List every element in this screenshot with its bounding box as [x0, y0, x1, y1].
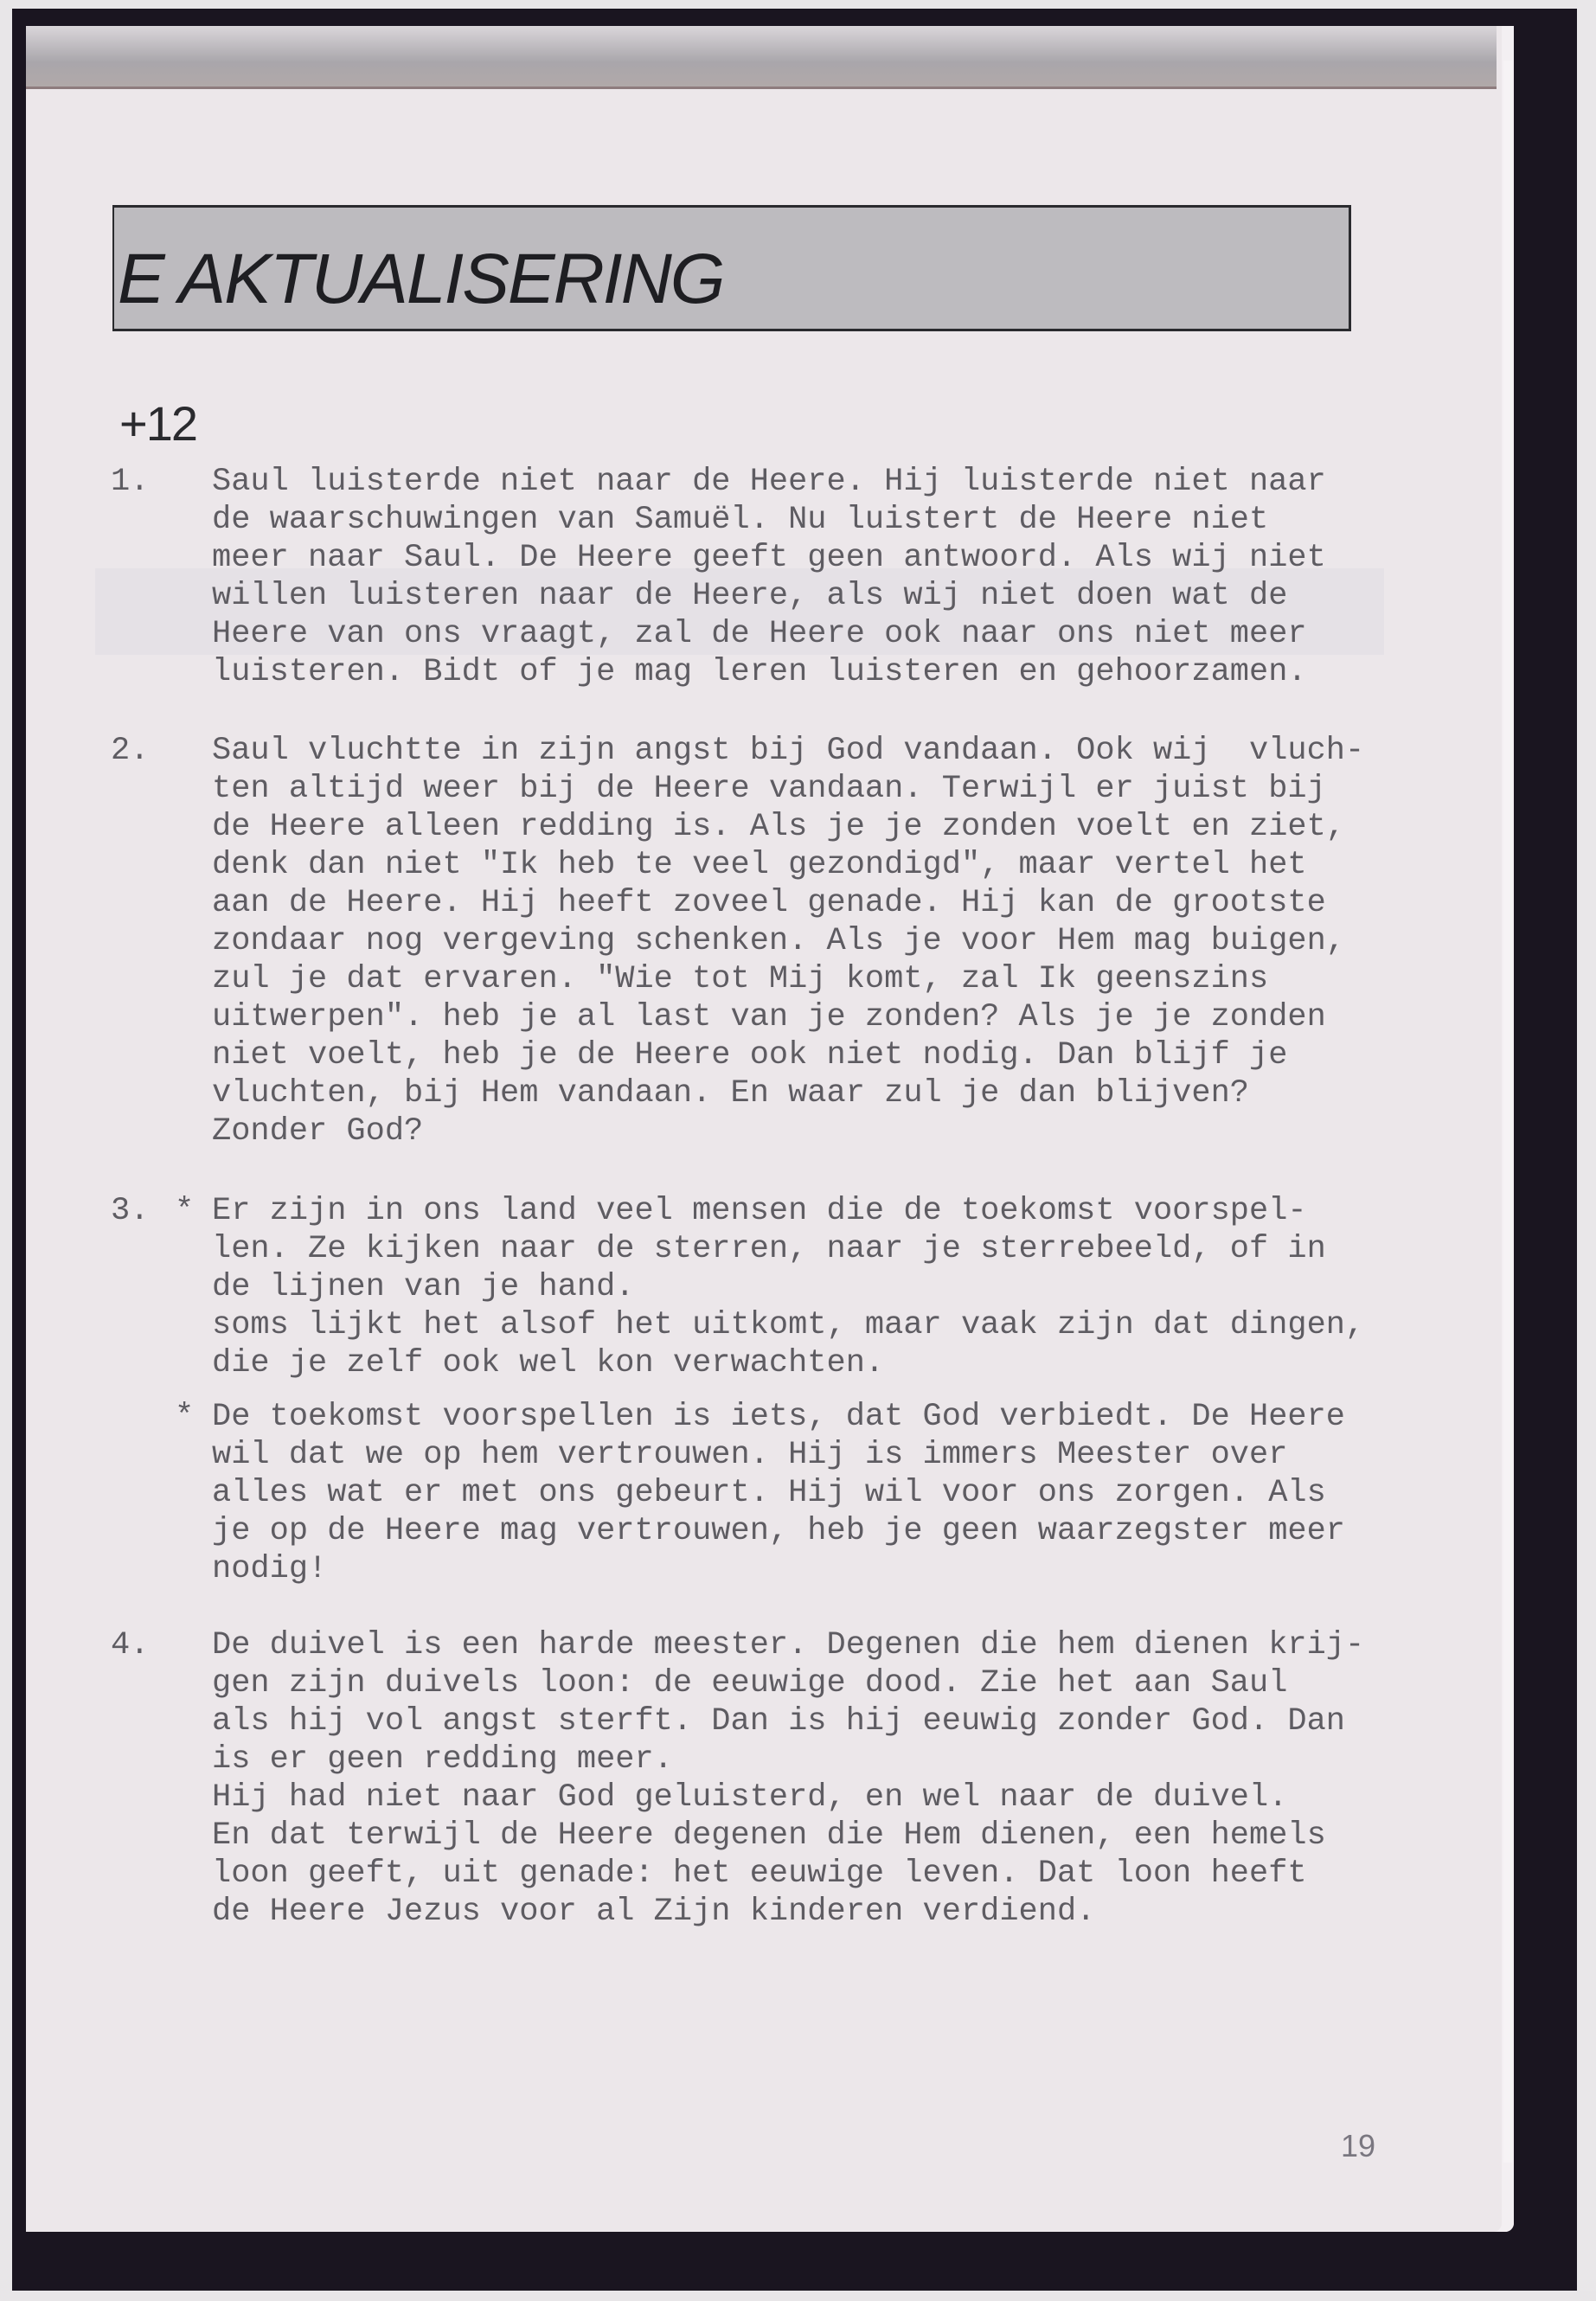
page-right-edge [1503, 61, 1512, 2163]
item-number: 4. [111, 1626, 149, 1664]
text-line: willen luisteren naar de Heere, als wij … [212, 577, 1326, 615]
text-line: De toekomst voorspellen is iets, dat God… [212, 1398, 1345, 1436]
item-text: Er zijn in ons land veel mensen die de t… [212, 1192, 1364, 1382]
text-line: loon geeft, uit genade: het eeuwige leve… [212, 1855, 1364, 1893]
text-line: die je zelf ook wel kon verwachten. [212, 1344, 1364, 1382]
text-line: denk dan niet "Ik heb te veel gezondigd"… [212, 846, 1364, 884]
text-line: Saul vluchtte in zijn angst bij God vand… [212, 732, 1364, 770]
scan-border-right [1577, 0, 1596, 2301]
item-text: De toekomst voorspellen is iets, dat God… [212, 1398, 1345, 1588]
text-line: nodig! [212, 1550, 1345, 1588]
text-line: zul je dat ervaren. "Wie tot Mij komt, z… [212, 960, 1364, 998]
item-bullet: * [175, 1398, 194, 1436]
item-bullet: * [175, 1192, 194, 1230]
text-line: Zonder God? [212, 1112, 1364, 1150]
text-line: wil dat we op hem vertrouwen. Hij is imm… [212, 1436, 1345, 1474]
text-line: meer naar Saul. De Heere geeft geen antw… [212, 539, 1326, 577]
text-line: de waarschuwingen van Samuël. Nu luister… [212, 501, 1326, 539]
text-line: Er zijn in ons land veel mensen die de t… [212, 1192, 1364, 1230]
text-line: als hij vol angst sterft. Dan is hij eeu… [212, 1702, 1364, 1740]
text-line: niet voelt, heb je de Heere ook niet nod… [212, 1036, 1364, 1074]
item-text: Saul vluchtte in zijn angst bij God vand… [212, 732, 1364, 1150]
section-number: +12 [119, 400, 196, 448]
text-line: de Heere Jezus voor al Zijn kinderen ver… [212, 1893, 1364, 1931]
text-line: uitwerpen". heb je al last van je zonden… [212, 998, 1364, 1036]
text-line: aan de Heere. Hij heeft zoveel genade. H… [212, 884, 1364, 922]
text-line: je op de Heere mag vertrouwen, heb je ge… [212, 1512, 1345, 1550]
previous-page-edge [26, 26, 1497, 89]
text-line: de lijnen van je hand. [212, 1268, 1364, 1306]
item-number: 3. [111, 1192, 149, 1230]
item-text: De duivel is een harde meester. Degenen … [212, 1626, 1364, 1931]
text-line: is er geen redding meer. [212, 1740, 1364, 1779]
scan-border-left [0, 0, 12, 2301]
text-line: De duivel is een harde meester. Degenen … [212, 1626, 1364, 1664]
section-heading-box: E AKTUALISERING [112, 205, 1351, 331]
text-line: luisteren. Bidt of je mag leren luistere… [212, 653, 1326, 691]
text-line: Hij had niet naar God geluisterd, en wel… [212, 1779, 1364, 1817]
text-line: ten altijd weer bij de Heere vandaan. Te… [212, 770, 1364, 808]
text-line: Saul luisterde niet naar de Heere. Hij l… [212, 463, 1326, 501]
scan-border-top [0, 0, 1596, 9]
text-line: gen zijn duivels loon: de eeuwige dood. … [212, 1664, 1364, 1702]
item-number: 1. [111, 463, 149, 501]
page-number: 19 [1341, 2128, 1375, 2164]
item-number: 2. [111, 732, 149, 770]
text-line: zondaar nog vergeving schenken. Als je v… [212, 922, 1364, 960]
item-text: Saul luisterde niet naar de Heere. Hij l… [212, 463, 1326, 691]
section-heading: E AKTUALISERING [118, 244, 724, 315]
text-line: len. Ze kijken naar de sterren, naar je … [212, 1230, 1364, 1268]
text-line: de Heere alleen redding is. Als je je zo… [212, 808, 1364, 846]
text-line: En dat terwijl de Heere degenen die Hem … [212, 1817, 1364, 1855]
text-line: soms lijkt het alsof het uitkomt, maar v… [212, 1306, 1364, 1344]
scan-border-bottom [0, 2291, 1596, 2301]
text-line: alles wat er met ons gebeurt. Hij wil vo… [212, 1474, 1345, 1512]
text-line: Heere van ons vraagt, zal de Heere ook n… [212, 615, 1326, 653]
text-line: vluchten, bij Hem vandaan. En waar zul j… [212, 1074, 1364, 1112]
